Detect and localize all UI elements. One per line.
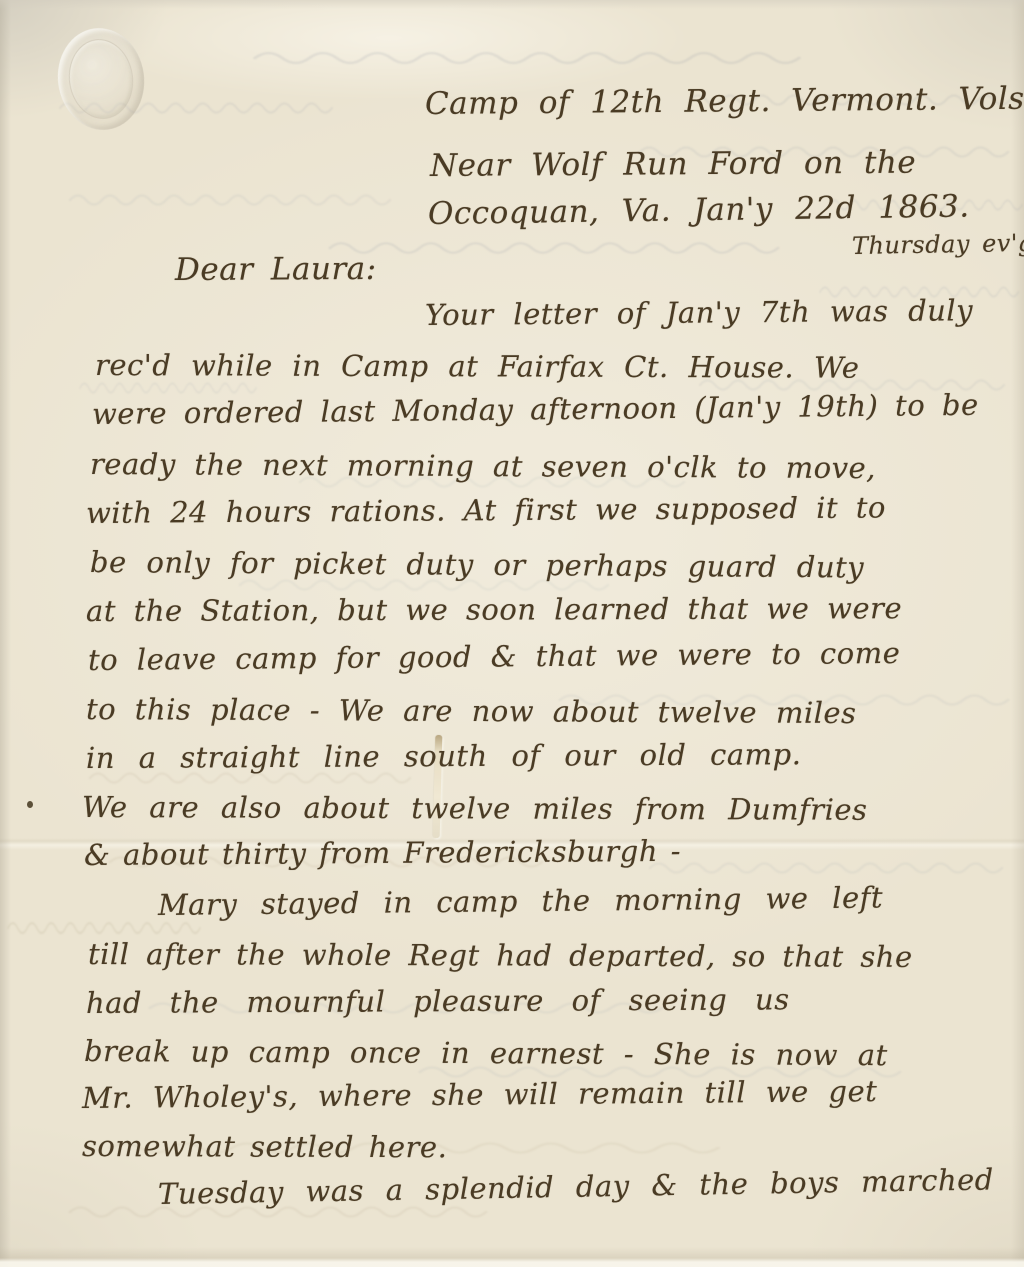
letter-line: & about thirty from Fredericksburgh - [84,834,681,872]
ink-dot [27,801,33,808]
letter-line: break up camp once in earnest - She is n… [84,1034,888,1072]
letter-line: Mr. Wholey's, where she will remain till… [82,1074,878,1115]
letter-line: ready the next morning at seven o'clk to… [90,447,876,485]
letter-line: Your letter of Jan'y 7th was duly [425,293,973,332]
letter-line: with 24 hours rations. At first we suppo… [86,490,886,530]
letter-line: be only for picket duty or perhaps guard… [90,545,864,584]
letter-line: in a straight line south of our old camp… [86,737,802,775]
letter-line: till after the whole Regt had departed, … [88,937,913,974]
letter-line: We are also about twelve miles from Dumf… [82,790,868,827]
letter-line: at the Station, but we soon learned that… [86,591,902,628]
letter-line: to this place - We are now about twelve … [86,692,857,730]
heading-day-note: Thursday ev'g [852,229,1024,260]
embossed-seal-inner-ring [64,35,139,123]
letter-line: rec'd while in Camp at Fairfax Ct. House… [95,348,860,385]
heading-location-line: Near Wolf Run Ford on the [430,145,916,184]
letter-page: Camp of 12th Regt. Vermont. Vols. Near W… [0,0,1024,1267]
letter-line: Mary stayed in camp the morning we left [158,880,883,922]
salutation: Dear Laura: [175,251,377,288]
letter-line: to leave camp for good & that we were to… [88,636,901,677]
heading-camp-line: Camp of 12th Regt. Vermont. Vols. [425,81,1024,122]
letter-line: somewhat settled here. [82,1129,447,1164]
letter-line: Tuesday was a splendid day & the boys ma… [158,1162,994,1211]
heading-date-line: Occoquan, Va. Jan'y 22d 1863. [428,188,970,232]
letter-line: were ordered last Monday afternoon (Jan'… [92,388,979,431]
embossed-seal-icon [51,23,150,136]
letter-line: had the mournful pleasure of seeing us [86,982,790,1020]
